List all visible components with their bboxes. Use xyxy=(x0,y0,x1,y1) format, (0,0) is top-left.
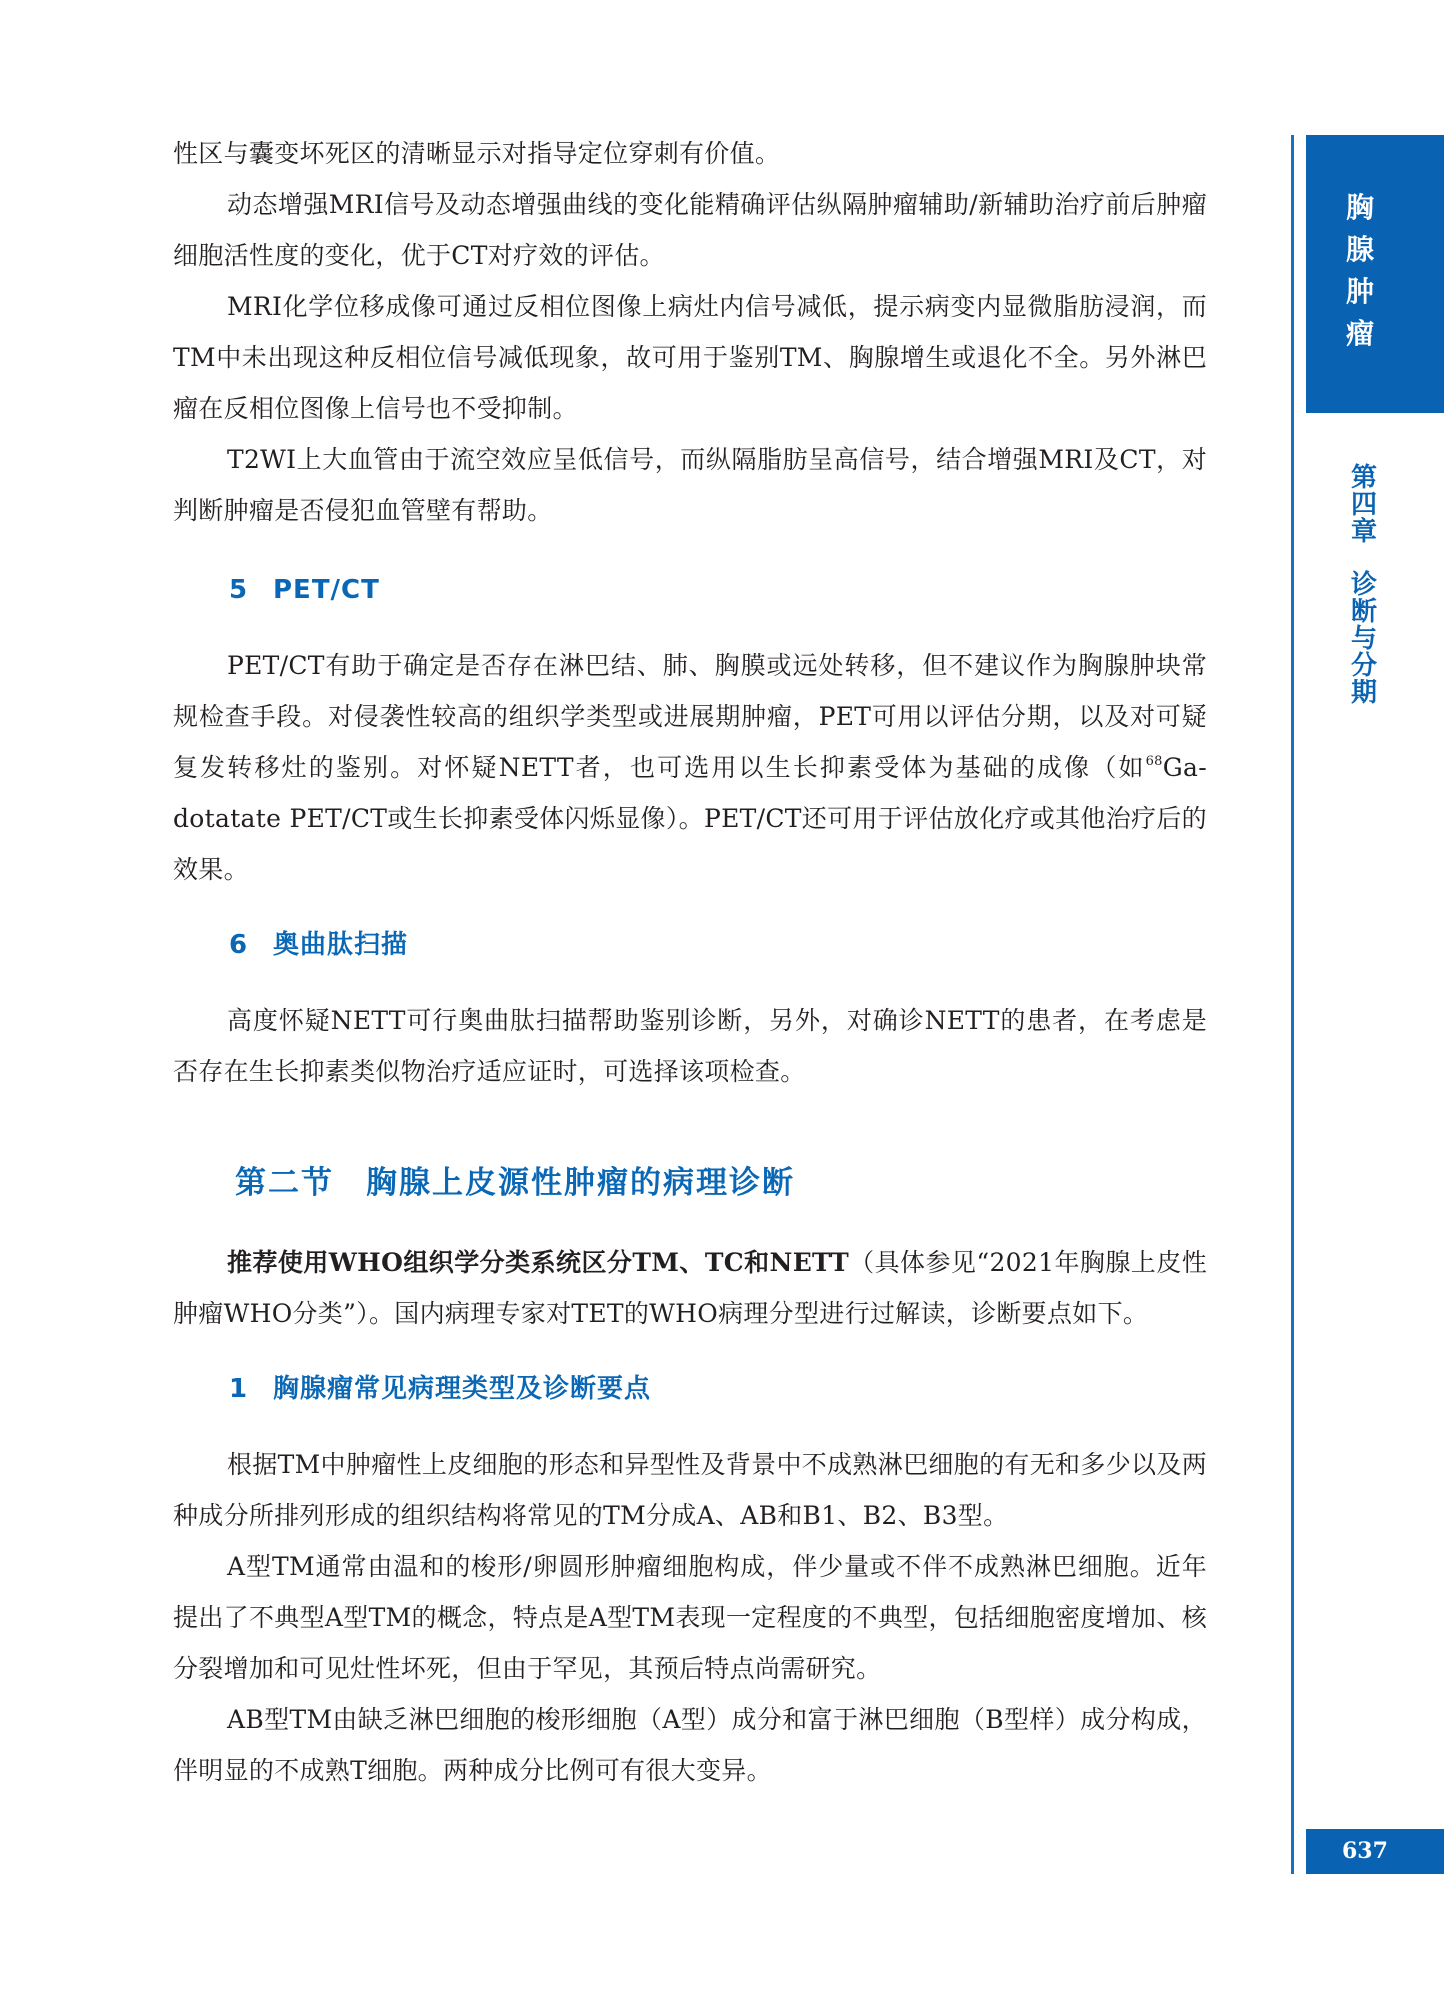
chapter-label-char: 第 xyxy=(1336,465,1392,492)
chapter-title-char: 断 xyxy=(1336,599,1392,626)
subheading-number: 5 xyxy=(229,570,273,610)
book-title-char: 胸 xyxy=(1346,187,1374,229)
section-title: 第二节胸腺上皮源性肿瘤的病理诊断 xyxy=(173,1161,1207,1205)
paragraph: 高度怀疑NETT可行奥曲肽扫描帮助鉴别诊断，另外，对确诊NETT的患者，在考虑是… xyxy=(173,995,1207,1097)
subheading-pet-ct: 5PET/CT xyxy=(173,570,1207,610)
page-body: 性区与囊变坏死区的清晰显示对指导定位穿刺有价值。 动态增强MRI信号及动态增强曲… xyxy=(173,128,1207,1796)
section-title-text: 胸腺上皮源性肿瘤的病理诊断 xyxy=(366,1165,795,1201)
chapter-label-char: 四 xyxy=(1336,492,1392,519)
paragraph: 性区与囊变坏死区的清晰显示对指导定位穿刺有价值。 xyxy=(173,128,1207,179)
chapter-title-char: 诊 xyxy=(1336,572,1392,599)
margin-rule xyxy=(1291,135,1294,1874)
paragraph: PET/CT有助于确定是否存在淋巴结、肺、胸膜或远处转移，但不建议作为胸腺肿块常… xyxy=(173,640,1207,895)
subheading-title: 胸腺瘤常见病理类型及诊断要点 xyxy=(273,1374,651,1404)
subheading-number: 1 xyxy=(229,1369,273,1409)
paragraph-text: PET/CT有助于确定是否存在淋巴结、肺、胸膜或远处转移，但不建议作为胸腺肿块常… xyxy=(173,651,1207,782)
paragraph: T2WI上大血管由于流空效应呈低信号，而纵隔脂肪呈高信号，结合增强MRI及CT，… xyxy=(173,434,1207,536)
subheading-title: PET/CT xyxy=(273,575,380,605)
chapter-label-char: 章 xyxy=(1336,519,1392,546)
paragraph: MRI化学位移成像可通过反相位图像上病灶内信号减低，提示病变内显微脂肪浸润，而T… xyxy=(173,281,1207,434)
subheading-octreotide-scan: 6奥曲肽扫描 xyxy=(173,925,1207,965)
subheading-thymoma-types: 1胸腺瘤常见病理类型及诊断要点 xyxy=(173,1369,1207,1409)
chapter-title-char: 期 xyxy=(1336,680,1392,707)
paragraph: 推荐使用WHO组织学分类系统区分TM、TC和NETT（具体参见“2021年胸腺上… xyxy=(173,1237,1207,1339)
isotope-superscript: 68 xyxy=(1146,754,1163,769)
chapter-title-char: 与 xyxy=(1336,626,1392,653)
recommendation-bold: 推荐使用WHO组织学分类系统区分TM、TC和NETT xyxy=(227,1248,849,1277)
page-number: 637 xyxy=(1306,1829,1444,1874)
section-number: 第二节 xyxy=(235,1161,334,1205)
book-title-char: 肿 xyxy=(1346,271,1374,313)
book-title-tab: 胸 腺 肿 瘤 xyxy=(1306,135,1444,413)
paragraph: AB型TM由缺乏淋巴细胞的梭形细胞（A型）成分和富于淋巴细胞（B型样）成分构成，… xyxy=(173,1694,1207,1796)
chapter-title-char: 分 xyxy=(1336,653,1392,680)
paragraph: 动态增强MRI信号及动态增强曲线的变化能精确评估纵隔肿瘤辅助/新辅助治疗前后肿瘤… xyxy=(173,179,1207,281)
chapter-label: 第 四 章 诊 断 与 分 期 xyxy=(1336,465,1392,707)
book-title-char: 腺 xyxy=(1346,229,1374,271)
book-title-char: 瘤 xyxy=(1346,313,1374,355)
subheading-number: 6 xyxy=(229,925,273,965)
paragraph: A型TM通常由温和的梭形/卵圆形肿瘤细胞构成，伴少量或不伴不成熟淋巴细胞。近年提… xyxy=(173,1541,1207,1694)
subheading-title: 奥曲肽扫描 xyxy=(273,930,408,960)
paragraph: 根据TM中肿瘤性上皮细胞的形态和异型性及背景中不成熟淋巴细胞的有无和多少以及两种… xyxy=(173,1439,1207,1541)
